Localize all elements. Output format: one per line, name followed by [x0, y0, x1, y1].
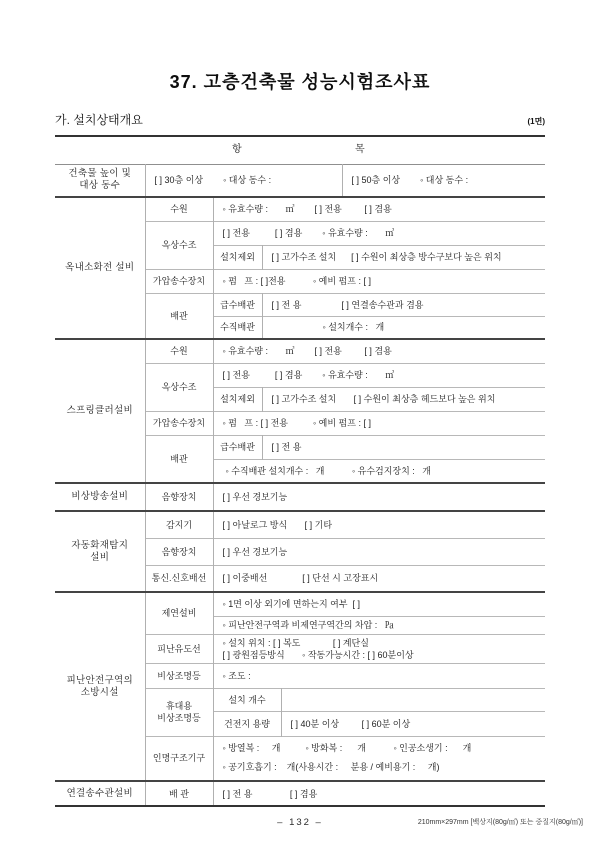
header-mok: 목 — [355, 144, 365, 156]
install-count-field — [281, 688, 545, 711]
section-label-refuge: 피난안전구역의 소방시설 — [55, 592, 145, 781]
label-sprinkler-supply: 급수배관 — [213, 435, 262, 459]
label-hydrant-supply: 급수배관 — [213, 293, 262, 316]
emergency-lamp-field: ◦ 조도 : — [213, 663, 545, 688]
section-label-detection: 자동화재탐지 설비 — [55, 511, 145, 592]
label-detection-sound: 음향장치 — [145, 538, 213, 565]
label-sprinkler-suwon: 수원 — [145, 339, 213, 363]
paper-spec: 210mm×297mm [백상지(80g/㎡) 또는 중질지(80g/㎡)] — [418, 817, 583, 827]
label-sprinkler-pump: 가압송수장치 — [145, 411, 213, 435]
label-broadcast-sound: 음향장치 — [145, 483, 213, 511]
label-hydrant-pump: 가압송수장치 — [145, 269, 213, 293]
section-heading: 가. 설치상태개요 — [55, 111, 143, 128]
label-sprinkler-rooftank: 옥상수조 — [145, 363, 213, 411]
row-detection-detector: 자동화재탐지 설비 감지기 [ ] 아날로그 방식 [ ] 기타 — [55, 511, 545, 538]
label-standpipe-pipe: 배 관 — [145, 781, 213, 806]
document-page: 37. 고층건축물 성능시험조사표 가. 설치상태개요 (1면) 항 목 건축물… — [0, 0, 600, 849]
hydrant-rooftank-field: [ ] 전용 [ ] 겸용 ◦ 유효수량 : ㎥ — [213, 221, 545, 245]
label-sprinkler-pipe: 배관 — [145, 435, 213, 483]
row-sprinkler-suwon: 스프링클러설비 수원 ◦ 유효수량 : ㎥ [ ] 전용 [ ] 겸용 — [55, 339, 545, 363]
label-hydrant-vertical: 수직배관 — [213, 316, 262, 339]
hydrant-supply-field: [ ] 전 용 [ ] 연결송수관과 겸용 — [262, 293, 545, 316]
label-escape-guide: 피난유도선 — [145, 634, 213, 663]
detection-sound-field: [ ] 우선 경보기능 — [213, 538, 545, 565]
label-install-count: 설치 개수 — [213, 688, 281, 711]
label-hydrant-pipe: 배관 — [145, 293, 213, 339]
sprinkler-rooftank-field: [ ] 전용 [ ] 겸용 ◦ 유효수량 : ㎥ — [213, 363, 545, 387]
smoke-control-field-2: ◦ 피난안전구역과 비제연구역간의 차압 : ㎩ — [213, 616, 545, 634]
survey-form-table: 항 목 건축물 높이 및 대상 동수 [ ] 30층 이상 ◦ 대상 동수 : … — [55, 135, 545, 807]
section-label-standpipe: 연결송수관설비 — [55, 781, 145, 806]
row-building-height: 건축물 높이 및 대상 동수 [ ] 30층 이상 ◦ 대상 동수 : [ ] … — [55, 164, 545, 197]
sprinkler-exclude-field: [ ] 고가수조 설치 [ ] 수원이 최상층 헤드보다 높은 위치 — [262, 387, 545, 411]
battery-capacity-field: [ ] 40분 이상 [ ] 60분 이상 — [281, 711, 545, 736]
smoke-control-field-1: ◦ 1면 이상 외기에 면하는지 여부 [ ] — [213, 592, 545, 616]
header-hang: 항 — [232, 144, 242, 156]
label-hydrant-suwon: 수원 — [145, 197, 213, 221]
hydrant-exclude-field: [ ] 고가수조 설치 [ ] 수원이 최상층 방수구보다 높은 위치 — [262, 245, 545, 269]
page-marker: (1면) — [527, 116, 545, 128]
label-emergency-lamp: 비상조명등 — [145, 663, 213, 688]
hydrant-vertical-field: ◦ 설치개수 : 개 — [262, 316, 545, 339]
section-label-hydrant: 옥내소화전 설비 — [55, 197, 145, 339]
building-30f-field: [ ] 30층 이상 ◦ 대상 동수 : — [145, 164, 342, 197]
rescue-equipment-field: ◦ 방열복 : 개 ◦ 방화복 : 개 ◦ 인공소생기 : 개 ◦ 공기호흡기 … — [213, 736, 545, 781]
section-label-broadcast: 비상방송설비 — [55, 483, 145, 511]
label-hydrant-exclude: 설치제외 — [213, 245, 262, 269]
label-smoke-control: 제연설비 — [145, 592, 213, 634]
building-50f-field: [ ] 50층 이상 ◦ 대상 동수 : — [342, 164, 545, 197]
section-heading-row: 가. 설치상태개요 (1면) — [55, 111, 545, 128]
detection-wiring-field: [ ] 이중배선 [ ] 단선 시 고장표시 — [213, 565, 545, 592]
sprinkler-vertical-field: ◦ 수직배관 설치개수 : 개 ◦ 유수검지장치 : 개 — [213, 459, 545, 483]
label-sprinkler-exclude: 설치제외 — [213, 387, 262, 411]
row-broadcast: 비상방송설비 음향장치 [ ] 우선 경보기능 — [55, 483, 545, 511]
label-rescue-equipment: 인명구조기구 — [145, 736, 213, 781]
escape-guide-field: ◦ 설치 위치 : [ ] 복도 [ ] 계단실 [ ] 광원점등방식 ◦ 작동… — [213, 634, 545, 663]
section-label-sprinkler: 스프링클러설비 — [55, 339, 145, 483]
hydrant-pump-field: ◦ 펌 프 : [ ]전용 ◦ 예비 펌프 : [ ] — [213, 269, 545, 293]
row-hydrant-suwon: 옥내소화전 설비 수원 ◦ 유효수량 : ㎥ [ ] 전용 [ ] 겸용 — [55, 197, 545, 221]
row-standpipe: 연결송수관설비 배 관 [ ] 전 용 [ ] 겸용 — [55, 781, 545, 806]
page-title: 37. 고층건축물 성능시험조사표 — [0, 0, 600, 94]
broadcast-sound-field: [ ] 우선 경보기능 — [213, 483, 545, 511]
sprinkler-supply-field: [ ] 전 용 — [262, 435, 545, 459]
label-detector: 감지기 — [145, 511, 213, 538]
row-refuge-smoke1: 피난안전구역의 소방시설 제연설비 ◦ 1면 이상 외기에 면하는지 여부 [ … — [55, 592, 545, 616]
page-number: – 132 – — [277, 817, 323, 828]
label-building-height: 건축물 높이 및 대상 동수 — [55, 164, 145, 197]
label-battery-capacity: 건전지 용량 — [213, 711, 281, 736]
label-detection-wiring: 통신.신호배선 — [145, 565, 213, 592]
hydrant-suwon-field: ◦ 유효수량 : ㎥ [ ] 전용 [ ] 겸용 — [213, 197, 545, 221]
sprinkler-pump-field: ◦ 펌 프 : [ ] 전용 ◦ 예비 펌프 : [ ] — [213, 411, 545, 435]
label-portable-lamp: 휴대용 비상조명등 — [145, 688, 213, 736]
detector-field: [ ] 아날로그 방식 [ ] 기타 — [213, 511, 545, 538]
label-hydrant-rooftank: 옥상수조 — [145, 221, 213, 269]
table-header-row: 항 목 — [55, 136, 545, 164]
page-footer: – 132 – 210mm×297mm [백상지(80g/㎡) 또는 중질지(8… — [0, 817, 600, 833]
standpipe-pipe-field: [ ] 전 용 [ ] 겸용 — [213, 781, 545, 806]
sprinkler-suwon-field: ◦ 유효수량 : ㎥ [ ] 전용 [ ] 겸용 — [213, 339, 545, 363]
